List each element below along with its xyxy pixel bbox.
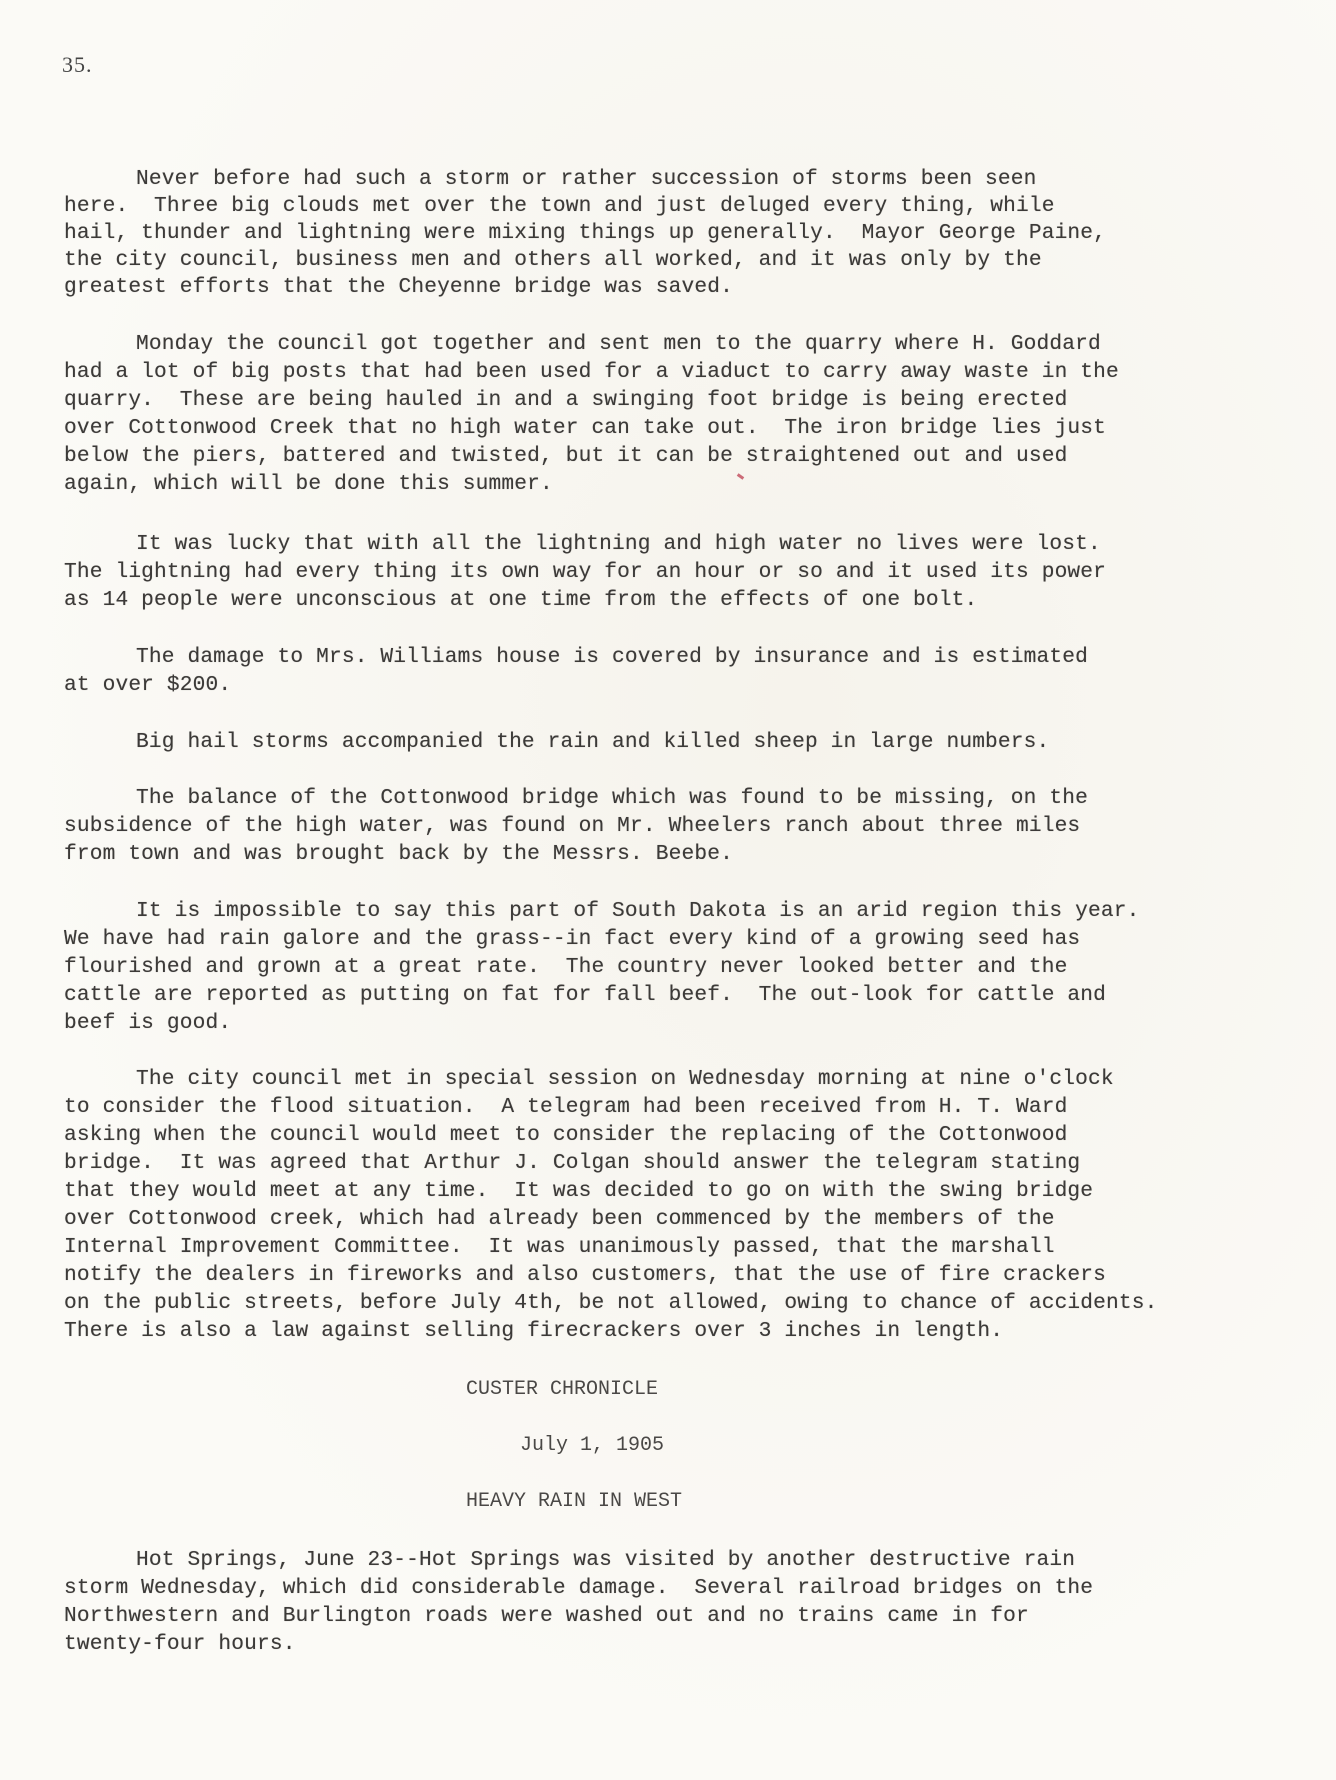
text-line: Northwestern and Burlington roads were w… <box>64 1602 1029 1630</box>
text-line: asking when the council would meet to co… <box>64 1121 1067 1149</box>
text-line: over Cottonwood creek, which had already… <box>64 1205 1055 1233</box>
text-line: over Cottonwood Creek that no high water… <box>64 414 1106 442</box>
text-line: again, which will be done this summer. <box>64 470 553 498</box>
text-line: as 14 people were unconscious at one tim… <box>64 586 977 614</box>
newspaper-date: July 1, 1905 <box>520 1432 664 1460</box>
article-headline: HEAVY RAIN IN WEST <box>466 1488 682 1516</box>
text-line: hail, thunder and lightning were mixing … <box>64 219 1106 247</box>
text-line: The balance of the Cottonwood bridge whi… <box>136 784 1088 812</box>
text-line: notify the dealers in fireworks and also… <box>64 1261 1106 1289</box>
text-line: cattle are reported as putting on fat fo… <box>64 981 1106 1009</box>
text-line: Big hail storms accompanied the rain and… <box>136 728 1049 756</box>
text-line: that they would meet at any time. It was… <box>64 1177 1093 1205</box>
newspaper-name: CUSTER CHRONICLE <box>466 1376 658 1404</box>
text-line: twenty-four hours. <box>64 1630 296 1658</box>
text-line: beef is good. <box>64 1009 231 1037</box>
red-ink-mark <box>737 473 744 479</box>
text-line: at over $200. <box>64 671 231 699</box>
text-line: bridge. It was agreed that Arthur J. Col… <box>64 1149 1080 1177</box>
text-line: Internal Improvement Committee. It was u… <box>64 1233 1055 1261</box>
text-line: the city council, business men and other… <box>64 246 1042 274</box>
text-line: storm Wednesday, which did considerable … <box>64 1574 1093 1602</box>
text-line: It was lucky that with all the lightning… <box>136 530 1101 558</box>
text-line: flourished and grown at a great rate. Th… <box>64 953 1067 981</box>
page-number: 35. <box>62 52 93 78</box>
text-line: There is also a law against selling fire… <box>64 1317 1003 1345</box>
text-line: from town and was brought back by the Me… <box>64 840 733 868</box>
text-line: greatest efforts that the Cheyenne bridg… <box>64 273 733 301</box>
text-line: below the piers, battered and twisted, b… <box>64 442 1067 470</box>
text-line: The damage to Mrs. Williams house is cov… <box>136 643 1088 671</box>
text-line: Monday the council got together and sent… <box>136 330 1101 358</box>
text-line: We have had rain galore and the grass--i… <box>64 925 1080 953</box>
text-line: The city council met in special session … <box>136 1065 1114 1093</box>
text-line: Never before had such a storm or rather … <box>136 165 1037 193</box>
text-line: quarry. These are being hauled in and a … <box>64 386 1067 414</box>
text-line: on the public streets, before July 4th, … <box>64 1289 1158 1317</box>
text-line: had a lot of big posts that had been use… <box>64 358 1119 386</box>
text-line: subsidence of the high water, was found … <box>64 812 1080 840</box>
text-line: to consider the flood situation. A teleg… <box>64 1093 1067 1121</box>
text-line: here. Three big clouds met over the town… <box>64 192 1055 220</box>
document-page: 35. Never before had such a storm or rat… <box>0 0 1336 1780</box>
text-line: It is impossible to say this part of Sou… <box>136 897 1139 925</box>
text-line: Hot Springs, June 23--Hot Springs was vi… <box>136 1546 1075 1574</box>
text-line: The lightning had every thing its own wa… <box>64 558 1106 586</box>
